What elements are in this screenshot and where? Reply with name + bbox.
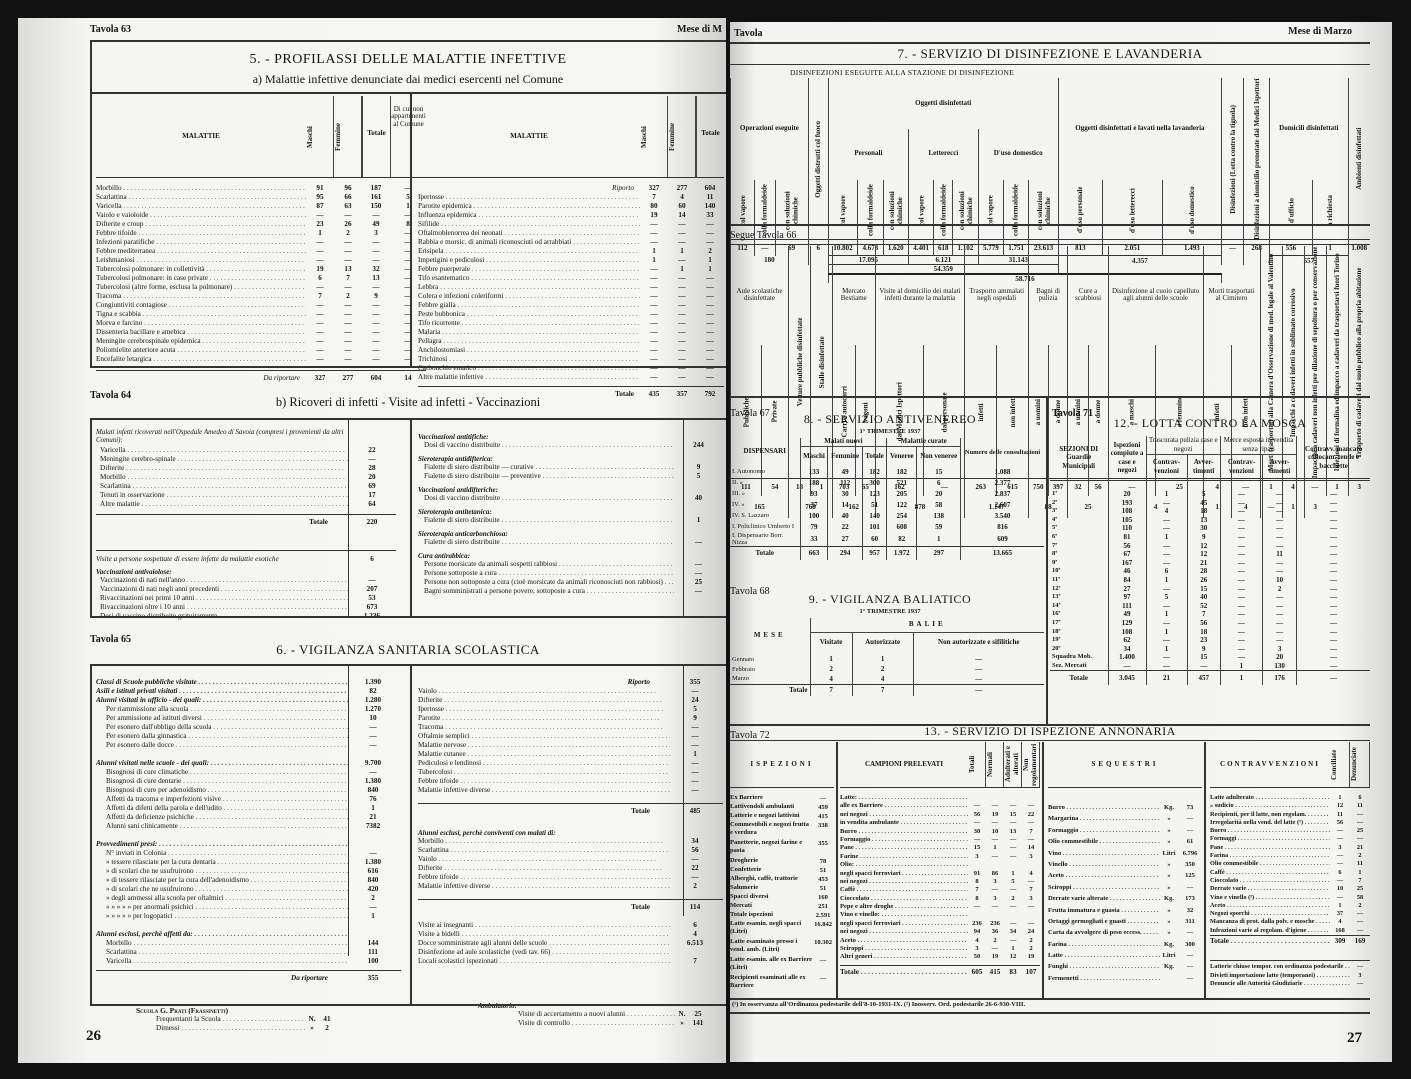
row-label: Vaiolo [418, 855, 670, 864]
row-value: 5 [670, 705, 720, 714]
row-value: — [362, 310, 390, 319]
row-value: — [306, 328, 334, 337]
row-label: Dosi di vaccino distribuite [424, 494, 674, 503]
table-row: N° inviati in Colonia— [96, 849, 401, 858]
cell: — [1297, 653, 1370, 662]
table-row: Difterite e croup2326498 [96, 220, 426, 229]
fly-control-table: SEZIONI DI Guardie MunicipaliIspezioni c… [1050, 436, 1370, 685]
row-value: 15 [968, 844, 986, 852]
row-value: 12 [1330, 802, 1350, 810]
cell: Malati nuovi [800, 438, 887, 446]
row-value: — [812, 956, 834, 974]
row-label: Rabbia e morsic. di animali riconosciuti… [418, 238, 640, 247]
row-label: Febbre mediterranea [96, 247, 306, 256]
row-value: 51 [812, 884, 834, 893]
table-row: Tenuti in osservazione17 [100, 491, 396, 500]
cell: I. Autonomo [730, 466, 800, 477]
row-label: Infezioni paratifiche [96, 238, 306, 247]
row-label: Olio commestibile [1048, 836, 1160, 847]
row-label: Malattie infettive diverse [418, 882, 670, 891]
table-row: Tubercolosi (altre forme, esclusa la pol… [96, 283, 426, 292]
table-row: Vaiolo— [418, 687, 723, 696]
cell: — [1262, 524, 1296, 533]
cell: Cure a scabbiosi [1068, 246, 1108, 345]
row-label: Tubercolosi polmonare: in case private [96, 274, 306, 283]
table-row: Vino e vinello: [840, 911, 1040, 919]
cell: Bagni di pulizia [1028, 246, 1068, 345]
row-value [1022, 794, 1040, 802]
row-value: — [1330, 860, 1350, 868]
row-value: — [696, 229, 724, 238]
cell: — [1297, 499, 1370, 508]
row-value: » [306, 1024, 318, 1033]
cell: 1.972 [887, 547, 917, 560]
cell: 3ª [1050, 507, 1108, 516]
column-header: SEQUESTRI [1048, 742, 1202, 788]
row-value: — [348, 455, 396, 464]
row-value: N. [676, 1010, 688, 1019]
row-value: — [696, 319, 724, 328]
column: CAMPIONI PRELEVATITotaliNormaliAdulterat… [840, 742, 1040, 998]
row-value: 236 [986, 920, 1004, 928]
row-value: — [334, 319, 362, 328]
row-value: 1 [986, 844, 1004, 852]
table-row: Pane151—14 [840, 844, 1040, 852]
cell: Operazioni eseguite [731, 78, 809, 180]
table-row: Spacci diversi160 [730, 893, 834, 902]
cell: 182 [862, 466, 886, 477]
table-row: Confetterie51 [730, 866, 834, 875]
row-value: — [640, 301, 668, 310]
cell: — [1262, 499, 1296, 508]
cell: — [913, 654, 1044, 664]
row-value: — [362, 301, 390, 310]
row-label: Oftalmie semplici [418, 732, 670, 741]
table-row: Febbre tifoide123— [96, 229, 426, 238]
cell: 2 [1262, 585, 1296, 594]
row-label: Altre malattie infettive [418, 373, 640, 382]
table-row: Frutta immatura e guasta»32 [1048, 905, 1202, 916]
row-label: Alunni esclusi, perchè affetti da: [96, 930, 348, 939]
cell: 7 [852, 684, 913, 696]
cell: 111 [1108, 602, 1146, 611]
row-value: » [1160, 870, 1178, 881]
row-value: 1.380 [348, 858, 398, 867]
row-value [1004, 911, 1022, 919]
row-value: — [696, 328, 724, 337]
row-value [348, 921, 398, 930]
cell: 67 [1108, 550, 1146, 559]
row-label: Caffè [840, 886, 968, 894]
row-value: 78 [812, 857, 834, 866]
cell: — [1297, 567, 1370, 576]
cell: con soluzioni chimiche [883, 180, 909, 240]
cell: 1ª [1050, 490, 1108, 499]
cell: 9ª [1050, 559, 1108, 568]
row-value: — [668, 310, 696, 319]
row-label: Confetterie [730, 866, 812, 875]
header: Adulterati e alterati [1004, 742, 1022, 787]
row-value: » [1160, 905, 1178, 916]
row-value: 173 [1178, 893, 1202, 904]
table-row: Formaggio»— [1048, 825, 1202, 836]
row-value: 459 [812, 803, 834, 812]
table-row: Lebbra——— [418, 283, 724, 292]
row-label: Persone sottoposte a cura [424, 569, 674, 578]
row-label: Malattie infettive diverse [418, 786, 670, 795]
cell: — [1297, 576, 1370, 585]
row-value: 1.380 [348, 777, 398, 786]
school-health-left: Classi di Scuole pubbliche visitate1.390… [96, 678, 401, 1033]
row-value: 14 [1022, 844, 1040, 852]
row-label: Leishmaniosi [96, 256, 306, 265]
services-table: Aule scolastiche disinfettateVetture pub… [730, 246, 1370, 396]
table-row: Farina—2 [1210, 852, 1370, 860]
row-value: — [696, 283, 724, 292]
table-row: Affetti da deficienze psichiche21 [96, 813, 401, 822]
cell: 33 [800, 532, 828, 547]
row-value: — [696, 337, 724, 346]
row-label: Fialette di siero distribuite [424, 538, 674, 547]
table-row: Congiuntiviti contagiose———— [96, 301, 426, 310]
cell: — [1146, 559, 1187, 568]
row-value: — [1330, 852, 1350, 860]
row-value: 7 [670, 957, 720, 966]
row-label: Carta da avvolgere di peso eccess. [1048, 927, 1160, 938]
row-value [986, 861, 1004, 869]
cell: 15 [1187, 653, 1220, 662]
table-row: Recipienti, per il latte, non regolam.11… [1210, 811, 1370, 819]
row-value: — [986, 903, 1004, 911]
month-label: Mese di M [677, 24, 722, 35]
row-value: 1 [696, 256, 724, 265]
row-value: — [640, 310, 668, 319]
section-subtitle: a) Malattie infettive denunciate dai med… [90, 72, 726, 87]
row-value: — [1178, 882, 1202, 893]
section-title: 5. - PROFILASSI DELLE MALATTIE INFETTIVE [90, 52, 726, 68]
table-row: Oftalmoblenorrea dei neonati——— [418, 229, 724, 238]
row-value [986, 911, 1004, 919]
table-row: Caffè61 [1210, 869, 1370, 877]
cell: — [1108, 662, 1146, 671]
cell: — [1262, 636, 1296, 645]
row-value: — [668, 238, 696, 247]
cell: 4 [1146, 507, 1187, 516]
row-value: 82 [348, 687, 398, 696]
table-row: Altri generi50191219 [840, 953, 1040, 961]
cell: Ispezioni compiute a case e negozi [1108, 436, 1146, 480]
row-value: 15 [1004, 811, 1022, 819]
table-row: Latte esaminato presso i vend. amb. (Lit… [730, 938, 834, 956]
cell: 1.088 [961, 466, 1044, 477]
row-value: 25 [1350, 885, 1370, 893]
cell: Contravv. mancato collocam. tende e bacc… [1297, 436, 1370, 480]
row-value: 63 [334, 202, 362, 211]
table-row: Mancanza di prot. dalla polv. e mosche4— [1210, 918, 1370, 926]
right-page: Tavola Mese di Marzo 7. - SERVIZIO DI DI… [730, 22, 1392, 1062]
row-value: 4 [670, 930, 720, 939]
row-value: — [670, 786, 720, 795]
table-row: Denuncie alle Autorità Giudiziarie— [1210, 980, 1370, 989]
cell: — [1220, 533, 1262, 542]
cell: 13ª [1050, 593, 1108, 602]
table-row: Impetigini e pediculosi1—1 [418, 256, 724, 265]
cell [1297, 480, 1370, 490]
row-value: 26 [334, 220, 362, 229]
disinfection-table: Operazioni eseguiteOggetti distrutti col… [730, 78, 1370, 228]
row-label: Disinfezione ad aule scolastiche (vedi t… [418, 948, 670, 957]
header: Normali [986, 742, 1004, 787]
table-row: Aceto12 [1210, 902, 1370, 910]
row-value: — [668, 229, 696, 238]
row-label: Provvedimenti presi: [96, 840, 348, 849]
row-label: Malattie nervose [418, 741, 670, 750]
table-row: Scarlattina69 [100, 482, 396, 491]
table-row: Malaria——— [418, 328, 724, 337]
row-value: — [1004, 886, 1022, 894]
cell: 20 [1262, 653, 1296, 662]
cell: 5ª [1050, 524, 1108, 533]
row-value: 2 [1350, 852, 1370, 860]
row-value: Litri [1160, 848, 1178, 859]
row-value: 1 [668, 265, 696, 274]
cell: 20 [1108, 490, 1146, 499]
cell: Domicili disinfettati [1270, 78, 1348, 180]
row-label: Latterie e negozi lattivini [730, 812, 812, 821]
table-row: Febbre puerperale—11 [418, 265, 724, 274]
cell: — [1297, 550, 1370, 559]
table-row: Morbillo20 [100, 473, 396, 482]
table-row: Febbre mediterranea———— [96, 247, 426, 256]
row-value: 160 [812, 893, 834, 902]
row-label: Funghi [1048, 961, 1160, 972]
cell: 123 [862, 488, 886, 499]
table-row: Ipertosse7411 [418, 193, 724, 202]
cell: 10 [1262, 576, 1296, 585]
column-header: CAMPIONI PRELEVATITotaliNormaliAdulterat… [840, 742, 1040, 788]
table-row: Provvedimenti presi: [96, 840, 401, 849]
table-row: Asili e istituti privati visitati82 [96, 687, 401, 696]
row-value: — [668, 292, 696, 301]
row-value: 673 [348, 603, 396, 612]
cell: — [913, 664, 1044, 674]
divider [836, 742, 838, 998]
table-row: Sciroppi3—12 [840, 945, 1040, 953]
row-label: » di scolari che ne usufruirono [96, 885, 348, 894]
row-label: Vino e vinello: [840, 911, 968, 919]
row-value: 36 [986, 928, 1004, 936]
cell: Totale [862, 446, 886, 466]
row-value: 13 [362, 274, 390, 283]
row-label: Tigna e scabbia [96, 310, 306, 319]
row-value: 13 [334, 265, 362, 274]
row-value: — [362, 346, 390, 355]
row-label: Malattie cutanee [418, 750, 670, 759]
row-value: — [362, 337, 390, 346]
row-value: 28 [348, 464, 396, 473]
table-row: Erisipela112 [418, 247, 724, 256]
cell: 7ª [1050, 542, 1108, 551]
row-value: 80 [640, 202, 668, 211]
row-value: — [696, 292, 724, 301]
row-value: — [640, 274, 668, 283]
cell: 521 [887, 477, 917, 488]
table-row: Bisognosi di cure dentarie1.380 [96, 777, 401, 786]
row-label: Vinello [1048, 859, 1160, 870]
table-row: Varicella22 [100, 446, 396, 455]
row-value: — [348, 723, 398, 732]
cell [1187, 480, 1220, 490]
row-label: Denuncie alle Autorità Giudiziarie [1210, 980, 1350, 989]
table-row: Panetterie, negozi farine e pasta355 [730, 839, 834, 857]
cell: 11 [1262, 550, 1296, 559]
row-value: 338 [812, 821, 834, 839]
row-value: 19 [640, 211, 668, 220]
row-value: 150 [362, 202, 390, 211]
cell: 3 [1262, 645, 1296, 654]
table-row: Lattivendoli ambulanti459 [730, 803, 834, 812]
cell: 14 [828, 499, 862, 510]
row-label: Trichinosi [418, 355, 640, 364]
row-value: 2 [1022, 937, 1040, 945]
row-value: — [334, 337, 362, 346]
row-label: nei negozi [840, 928, 968, 936]
row-label: Morbillo [96, 184, 306, 193]
row-label: Vaiolo e vaioloide [96, 211, 306, 220]
row-label: negli spacci ferroviari [840, 920, 968, 928]
row-label: Olio: [840, 861, 968, 869]
cell: 2.377 [961, 477, 1044, 488]
rows: Ex Barriere—Lattivendoli ambulanti459Lat… [730, 788, 834, 992]
cell: — [1187, 662, 1220, 671]
cell: 101 [862, 521, 886, 532]
row-value: 2 [334, 292, 362, 301]
row-value: 3 [968, 945, 986, 953]
row-value: — [334, 283, 362, 292]
row-value: — [348, 849, 398, 858]
row-value: — [1178, 813, 1202, 824]
table-row: Vino e vinello (²)—58 [1210, 894, 1370, 902]
cell: 15 [1187, 585, 1220, 594]
table-row: Vinello»350 [1048, 859, 1202, 870]
row-value: 25 [1350, 827, 1370, 835]
row-value: 311 [1178, 916, 1202, 927]
row-label: Formaggio [1048, 825, 1160, 836]
row-value: — [670, 855, 720, 864]
row-value: 7 [968, 886, 986, 894]
row-label: Parotite [418, 714, 670, 723]
cell: 1 [1146, 645, 1187, 654]
row-label: Burro [1048, 802, 1160, 813]
row-label: in vendita ambulante [840, 819, 968, 827]
row-value: 61 [1178, 836, 1202, 847]
row-value: 1 [1350, 869, 1370, 877]
cell: 9 [1187, 645, 1220, 654]
cell: — [1220, 653, 1262, 662]
row-value: 125 [1178, 870, 1202, 881]
cell: 1 [1146, 610, 1187, 619]
header: Denunciate [1350, 742, 1370, 787]
table-row: » » » » » per anormali psichici— [96, 903, 401, 912]
table-row: Fialette di siero distribuite — preventi… [424, 472, 723, 481]
tavola-label: Tavola 63 [90, 24, 131, 35]
table-row: Malattie nervose— [418, 741, 723, 750]
cell [1108, 480, 1146, 490]
cell: con soluzioni chimiche [953, 180, 979, 240]
cell: 56 [1187, 619, 1220, 628]
row-label: Colera e infezioni coleriformi [418, 292, 640, 301]
table-row: Pane321 [1210, 844, 1370, 852]
cell: — [1220, 516, 1262, 525]
cell: 13 [1187, 516, 1220, 525]
row-value: 56 [670, 846, 720, 855]
section-title: 13. - SERVIZIO DI ISPEZIONE ANNONARIA [730, 724, 1370, 739]
row-label: Alunni visitati in ufficio - dei quali: [96, 696, 348, 705]
row-value: — [362, 319, 390, 328]
cell: — [1262, 490, 1296, 499]
cell: 52 [1187, 602, 1220, 611]
row-value: 3 [968, 853, 986, 861]
table-row: Formaggi—— [1210, 835, 1370, 843]
table-row: Burro3010137 [840, 828, 1040, 836]
row-label: Derrate varie alterate [1048, 893, 1160, 904]
row-value: 53 [348, 594, 396, 603]
row-label: Tracoma [418, 723, 670, 732]
row-value: — [668, 256, 696, 265]
cell: 27 [828, 532, 862, 547]
row-label [96, 831, 348, 840]
row-label: Pediculosi e lendinosi [418, 759, 670, 768]
cell: 58 [917, 499, 961, 510]
row-value: 3 [1022, 853, 1040, 861]
row-value: 11 [1350, 802, 1370, 810]
row-label: Totale [1210, 936, 1330, 946]
table-row: Aceto42—2 [840, 937, 1040, 945]
row-label: Latte esamin. negli spacci (Litri) [730, 920, 812, 938]
row-value: 5 [1004, 878, 1022, 886]
row-value: 22 [348, 446, 396, 455]
row-value: 14 [668, 211, 696, 220]
cell: Merce esposta in vendita senza ripari [1220, 436, 1296, 454]
row-label: Tubercolosi polmonare: in collettività [96, 265, 306, 274]
row-label: Tenuti in osservazione [100, 491, 348, 500]
cell: Femmine [828, 446, 862, 466]
cell: 3.540 [961, 510, 1044, 521]
table-row: Sciroppi»— [1048, 882, 1202, 893]
school-health-right: Riporto355 Vaiolo—Difterite24Ipertosse5P… [418, 678, 723, 1028]
row-label: Aceto [840, 937, 968, 945]
row-label: Recipienti esaminati alle ex Barriere [730, 974, 812, 992]
table-row: » sudicio1211 [1210, 802, 1370, 810]
table-row: Febbre tifoide— [418, 873, 723, 882]
food-inspection-table: ISPEZIONIEx Barriere—Lattivendoli ambula… [730, 742, 1370, 998]
table-row: Visite a bidelli4 [418, 930, 723, 939]
row-label: Visite di accertamento a nuovi alunni [518, 1010, 676, 1019]
row-value: 6.796 [1178, 848, 1202, 859]
row-value: 1 [674, 516, 723, 525]
cell: 1 [1220, 662, 1262, 671]
row-label: » degli ammessi alla scuola per oftalmic… [96, 894, 348, 903]
row-value: 161 [362, 193, 390, 202]
row-value: — [1022, 819, 1040, 827]
header: CONTRAVVENZIONI [1210, 742, 1330, 787]
row-value: » [1160, 825, 1178, 836]
cell: 110 [1108, 524, 1146, 533]
row-value [968, 911, 986, 919]
row-value: — [674, 538, 723, 547]
cell: 11ª [1050, 576, 1108, 585]
row-value: 7 [1350, 877, 1370, 885]
